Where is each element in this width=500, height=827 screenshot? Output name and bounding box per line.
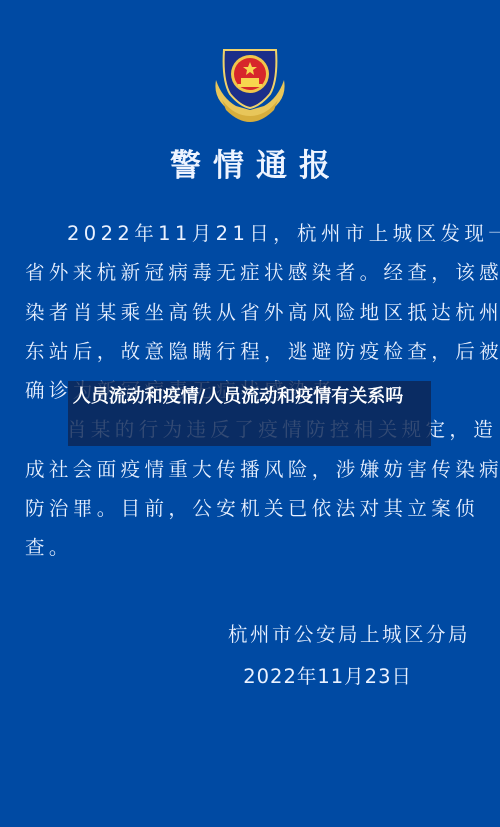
caption-overlay-text: 人员流动和疫情/人员流动和疫情有关系吗 — [68, 384, 408, 410]
police-notice-image: 警情通报 2022年11月21日，杭州市上城区发现一例 省外来杭新冠病毒无症状感… — [0, 0, 500, 827]
notice-title: 警情通报 — [0, 140, 500, 185]
body-line-2: 省外来杭新冠病毒无症状感染者。经查，该感 — [25, 253, 477, 292]
body-line-3: 染者肖某乘坐高铁从省外高风险地区抵达杭州 — [25, 293, 477, 332]
body-line-4: 东站后，故意隐瞒行程，逃避防疫检查，后被 — [25, 332, 477, 371]
body-line-7: 成社会面疫情重大传播风险，涉嫌妨害传染病 — [25, 450, 477, 489]
body-line-1: 2022年11月21日，杭州市上城区发现一例 — [25, 214, 477, 253]
notice-signature: 杭州市公安局上城区分局 2022年11月23日 — [210, 614, 470, 698]
body-line-9: 查。 — [25, 528, 477, 567]
signature-org: 杭州市公安局上城区分局 — [210, 614, 470, 656]
signature-date: 2022年11月23日 — [210, 656, 470, 698]
police-emblem-icon — [208, 40, 292, 122]
body-line-8: 防治罪。目前，公安机关已依法对其立案侦 — [25, 489, 477, 528]
